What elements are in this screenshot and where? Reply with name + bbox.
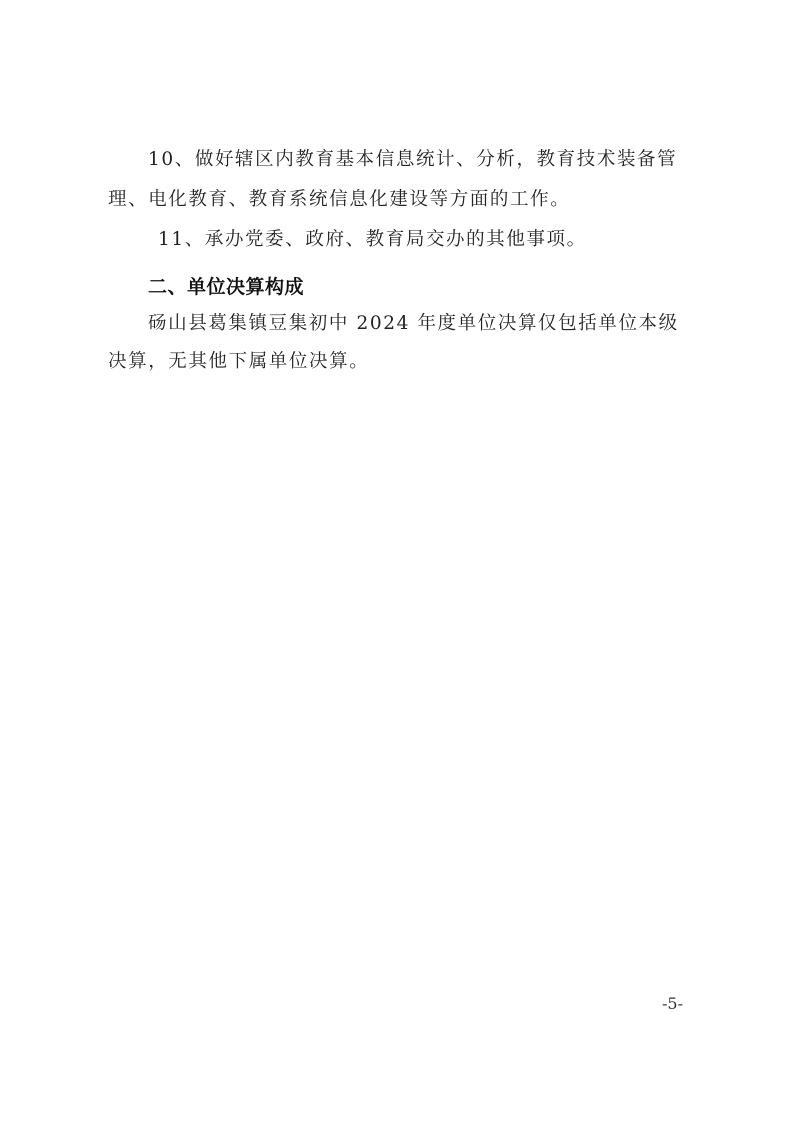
document-page: 10、做好辖区内教育基本信息统计、分析，教育技术装备管 理、电化教育、教育系统信… xyxy=(0,0,793,1122)
page-number: -5- xyxy=(662,994,683,1014)
section-body-line-2: 决算，无其他下属单位决算。 xyxy=(108,350,694,374)
paragraph-item-10-line-1: 10、做好辖区内教育基本信息统计、分析，教育技术装备管 xyxy=(148,148,694,172)
paragraph-item-11: 11、承办党委、政府、教育局交办的其他事项。 xyxy=(158,228,744,252)
section-body-line-1: 砀山县葛集镇豆集初中 2024 年度单位决算仅包括单位本级 xyxy=(148,312,734,336)
section-heading: 二、单位决算构成 xyxy=(148,275,304,299)
paragraph-item-10-line-2: 理、电化教育、教育系统信息化建设等方面的工作。 xyxy=(108,188,694,212)
